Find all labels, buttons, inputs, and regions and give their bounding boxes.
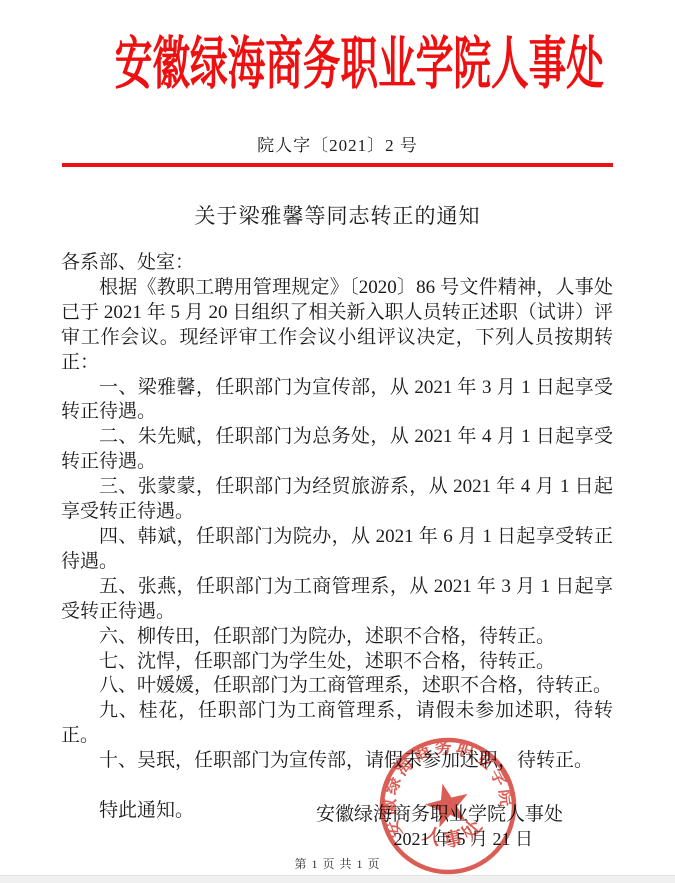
salutation: 各系部、处室： (61, 251, 613, 276)
page-number-footer: 第 1 页 共 1 页 (0, 855, 675, 872)
notice-title: 关于梁雅馨等同志转正的通知 (0, 200, 675, 230)
notice-item: 五、张燕，任职部门为工商管理系，从 2021 年 3 月 1 日起享受转正待遇。 (61, 575, 613, 625)
notice-item: 十、吴珉，任职部门为宣传部，请假未参加述职，待转正。 (61, 749, 613, 774)
notice-item: 七、沈悍，任职部门为学生处，述职不合格，待转正。 (61, 650, 613, 675)
notice-item: 四、韩斌，任职部门为院办，从 2021 年 6 月 1 日起享受转正待遇。 (61, 525, 613, 575)
notice-item: 九、桂花，任职部门为工商管理系，请假未参加述职，待转正。 (61, 699, 613, 749)
document-number: 院人字〔2021〕2 号 (0, 131, 675, 156)
notice-body: 各系部、处室： 根据《教职工聘用管理规定》〔2020〕86 号文件精神，人事处已… (61, 251, 613, 824)
notice-item: 六、柳传田，任职部门为院办，述职不合格，待转正。 (61, 625, 613, 650)
notice-item: 三、张蒙蒙，任职部门为经贸旅游系，从 2021 年 4 月 1 日起享受转正待遇… (61, 475, 613, 525)
notice-item: 八、叶媛媛，任职部门为工商管理系，述职不合格，待转正。 (61, 674, 613, 699)
intro-paragraph: 根据《教职工聘用管理规定》〔2020〕86 号文件精神，人事处已于 2021 年… (61, 276, 613, 376)
red-header-title: 安徽绿海商务职业学院人事处 (115, 34, 561, 97)
official-notice-document: 安徽绿海商务职业学院人事处 院人字〔2021〕2 号 关于梁雅馨等同志转正的通知… (0, 0, 675, 883)
notice-item: 一、梁雅馨，任职部门为宣传部，从 2021 年 3 月 1 日起享受转正待遇。 (61, 376, 613, 426)
page-bottom-edge (0, 875, 675, 883)
issue-date: 2021 年 5 月 21 日 (0, 825, 675, 851)
red-divider-line (62, 163, 613, 167)
notice-item: 二、朱先赋，任职部门为总务处，从 2021 年 4 月 1 日起享受转正待遇。 (61, 425, 613, 475)
issuer-signature: 安徽绿海商务职业学院人事处 (0, 799, 675, 826)
